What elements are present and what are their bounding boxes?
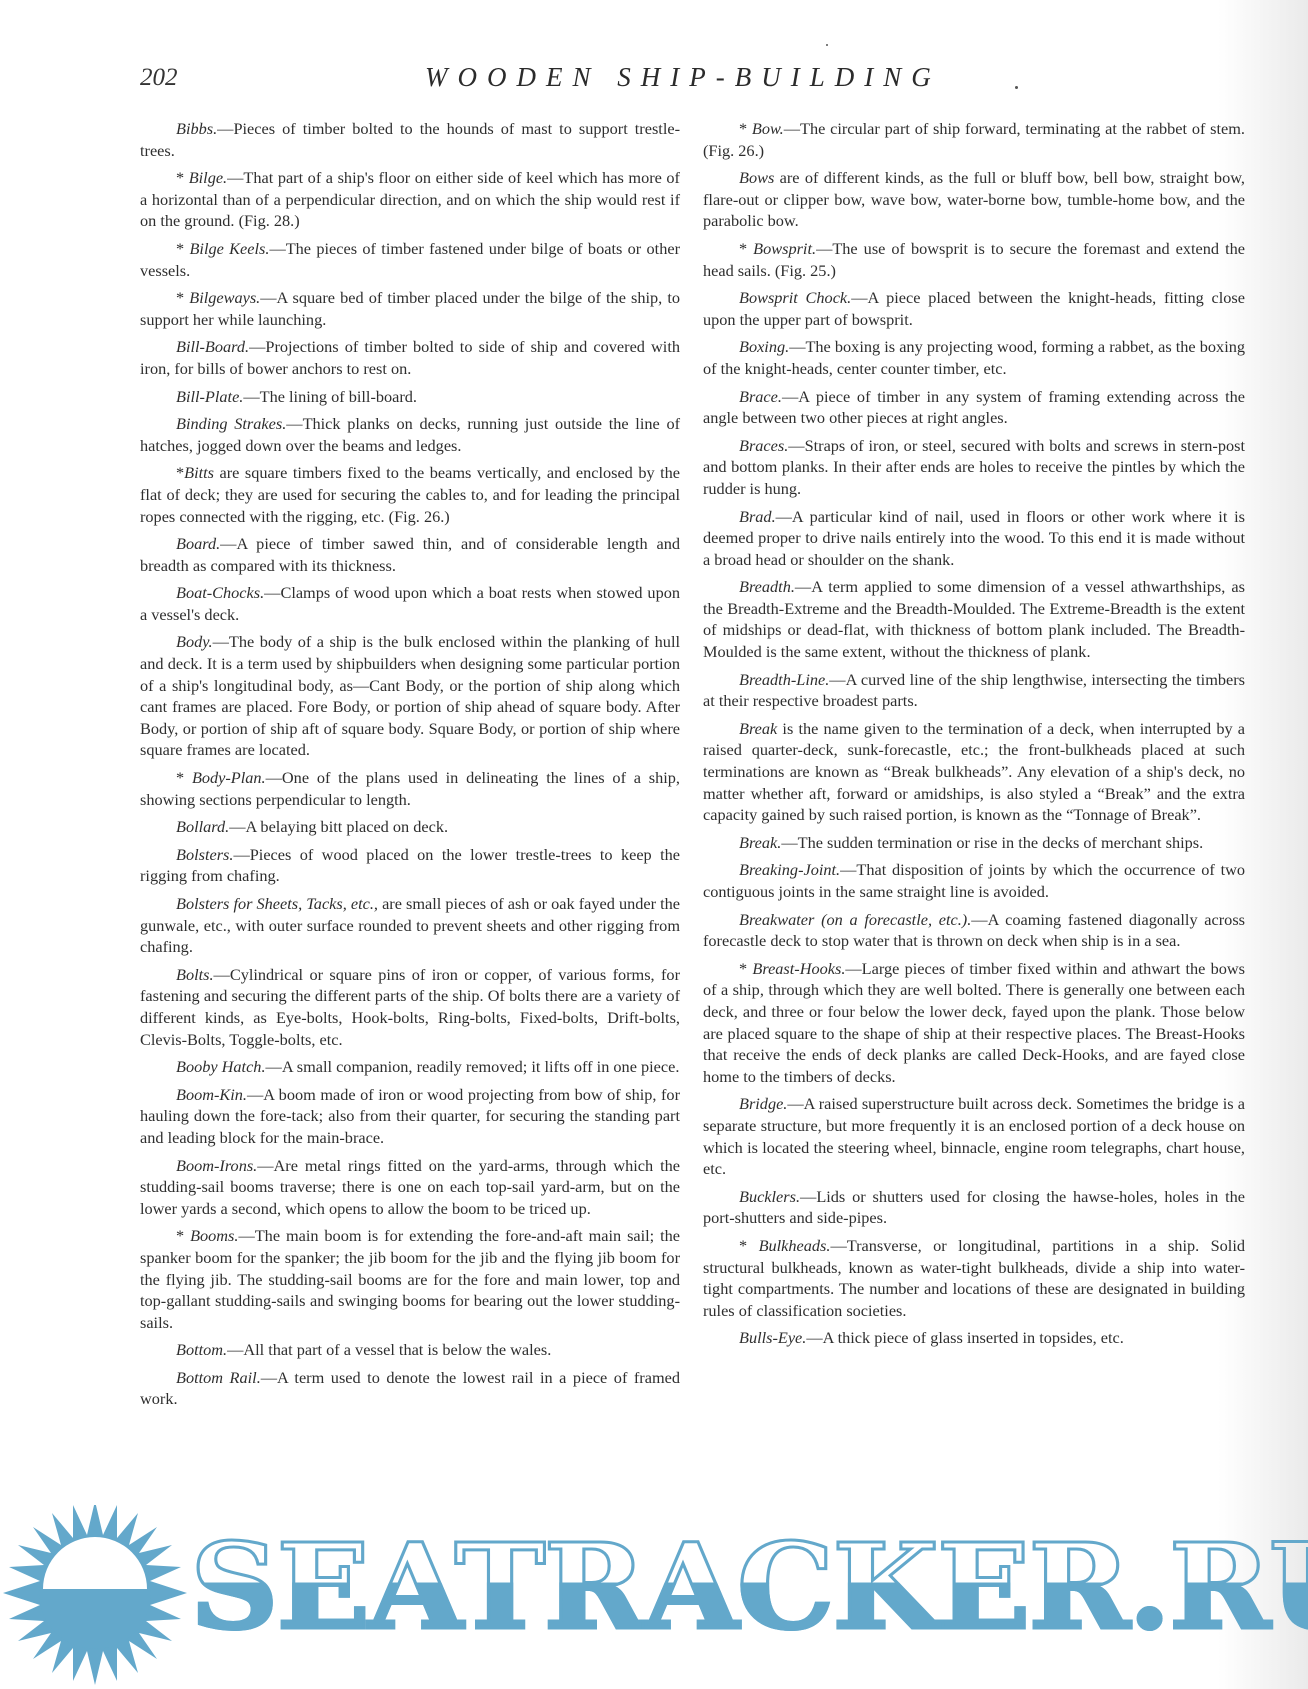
entry-definition: —The circular part of ship forward, term… [703,119,1245,160]
entry-term: Bilge Keels. [189,239,269,258]
glossary-entry: Boom-Irons.—Are metal rings fitted on th… [140,1155,680,1220]
entry-definition: —A small companion, readily removed; it … [266,1057,680,1076]
running-title: WOODEN SHIP-BUILDING [425,62,941,93]
right-column: * Bow.—The circular part of ship forward… [703,118,1245,1355]
glossary-entry: * Breast-Hooks.—Large pieces of timber f… [703,958,1245,1088]
glossary-entry: Boxing.—The boxing is any projecting woo… [703,336,1245,379]
entry-term: Bulls-Eye. [739,1328,806,1347]
glossary-entry: * Bilgeways.—A square bed of timber plac… [140,287,680,330]
page-header: 202 WOODEN SHIP-BUILDING [140,64,1240,104]
glossary-entry: Bibbs.—Pieces of timber bolted to the ho… [140,118,680,161]
glossary-entry: Board.—A piece of timber sawed thin, and… [140,533,680,576]
entry-term: Bibbs. [176,119,217,138]
entry-term: Body. [176,632,213,651]
entry-definition: —The lining of bill-board. [243,387,417,406]
entry-definition: —Cylindrical or square pins of iron or c… [140,965,680,1049]
entry-definition: —A piece of timber sawed thin, and of co… [140,534,680,575]
entry-term: Bottom. [176,1340,227,1359]
glossary-entry: Bill-Board.—Projections of timber bolted… [140,336,680,379]
entry-term: Bolts. [176,965,214,984]
glossary-entry: * Body-Plan.—One of the plans used in de… [140,767,680,810]
glossary-entry: * Bow.—The circular part of ship forward… [703,118,1245,161]
glossary-entry: Bottom Rail.—A term used to denote the l… [140,1367,680,1410]
entry-term: Bowsprit Chock. [739,288,851,307]
entry-term: Bilgeways. [189,288,260,307]
glossary-entry: Breakwater (on a forecastle, etc.).—A co… [703,909,1245,952]
glossary-entry: Boom-Kin.—A boom made of iron or wood pr… [140,1084,680,1149]
glossary-entry: Booby Hatch.—A small companion, readily … [140,1056,680,1078]
glossary-entry: * Bulkheads.—Transverse, or longitudinal… [703,1235,1245,1321]
entry-term: Bolsters. [176,845,233,864]
entry-definition: are of different kinds, as the full or b… [703,168,1245,230]
glossary-entry: * Bowsprit.—The use of bowsprit is to se… [703,238,1245,281]
entry-term: Bill-Plate. [176,387,243,406]
print-speck [1015,86,1018,89]
entry-term: Bollard. [176,817,229,836]
entry-term: Bitts [184,463,214,482]
entry-term: Bucklers. [739,1187,800,1206]
entry-term: Boom-Irons. [176,1156,257,1175]
entry-term: Bridge. [739,1094,787,1113]
entry-term: Bottom Rail. [176,1368,261,1387]
entry-definition: —A belaying bitt placed on deck. [229,817,448,836]
entry-term: Boat-Chocks. [176,583,264,602]
glossary-entry: Boat-Chocks.—Clamps of wood upon which a… [140,582,680,625]
entry-definition: is the name given to the termination of … [703,719,1245,824]
entry-definition: —A thick piece of glass inserted in tops… [806,1328,1123,1347]
glossary-entry: Bolsters for Sheets, Tacks, etc., are sm… [140,893,680,958]
entry-definition: —The sudden termination or rise in the d… [781,833,1203,852]
entry-term: Bulkheads. [759,1236,831,1255]
glossary-entry: Bottom.—All that part of a vessel that i… [140,1339,680,1361]
entry-definition: —A particular kind of nail, used in floo… [703,507,1245,569]
entry-term: Breadth-Line. [739,670,829,689]
entry-term: Booms. [190,1226,238,1245]
entry-term: Brad. [739,507,776,526]
glossary-entry: Bolts.—Cylindrical or square pins of iro… [140,964,680,1050]
glossary-entry: Bridge.—A raised superstructure built ac… [703,1093,1245,1179]
entry-term: Body-Plan. [192,768,266,787]
entry-term: Bill-Board. [176,337,249,356]
entry-term: Break [739,719,777,738]
watermark-text: SEATRACKER.RU [190,1528,1308,1646]
glossary-entry: Breadth-Line.—A curved line of the ship … [703,669,1245,712]
glossary-entry: Breaking-Joint.—That disposition of join… [703,859,1245,902]
entry-term: Bowsprit. [753,239,816,258]
entry-term: Breast-Hooks. [752,959,845,978]
glossary-entry: Break is the name given to the terminati… [703,718,1245,826]
entry-term: Brace. [739,387,782,406]
glossary-entry: *Bitts are square timbers fixed to the b… [140,462,680,527]
entry-term: Bow. [752,119,784,138]
glossary-entry: Bollard.—A belaying bitt placed on deck. [140,816,680,838]
glossary-entry: Bowsprit Chock.—A piece placed between t… [703,287,1245,330]
entry-term: Boxing. [739,337,789,356]
glossary-entry: Bill-Plate.—The lining of bill-board. [140,386,680,408]
entry-term: Bilge. [189,168,227,187]
page-number: 202 [140,64,178,92]
glossary-entry: Brace.—A piece of timber in any system o… [703,386,1245,429]
entry-definition: —A piece of timber in any system of fram… [703,387,1245,428]
glossary-entry: * Bilge Keels.—The pieces of timber fast… [140,238,680,281]
entry-term: Breakwater (on a forecastle, etc.). [739,910,971,929]
left-column: Bibbs.—Pieces of timber bolted to the ho… [140,118,680,1416]
glossary-entry: Braces.—Straps of iron, or steel, secure… [703,435,1245,500]
entry-term: Braces. [739,436,788,455]
entry-term: Board. [176,534,220,553]
glossary-entry: * Booms.—The main boom is for extending … [140,1225,680,1333]
entry-term: Break. [739,833,781,852]
entry-term: Bows [739,168,774,187]
entry-term: Boom-Kin. [176,1085,247,1104]
print-speck [826,44,828,46]
glossary-entry: Binding Strakes.—Thick planks on decks, … [140,413,680,456]
entry-term: Breadth. [739,577,795,596]
glossary-entry: Break.—The sudden termination or rise in… [703,832,1245,854]
entry-term: Booby Hatch. [176,1057,266,1076]
entry-term: Binding Strakes. [176,414,286,433]
entry-definition: —Pieces of timber bolted to the hounds o… [140,119,680,160]
entry-definition: —All that part of a vessel that is below… [227,1340,551,1359]
glossary-entry: Breadth.—A term applied to some dimensio… [703,576,1245,662]
glossary-entry: Brad.—A particular kind of nail, used in… [703,506,1245,571]
glossary-entry: * Bilge.—That part of a ship's floor on … [140,167,680,232]
glossary-entry: Bulls-Eye.—A thick piece of glass insert… [703,1327,1245,1349]
glossary-entry: Bows are of different kinds, as the full… [703,167,1245,232]
entry-term: Bolsters for Sheets, Tacks, etc., [176,894,378,913]
glossary-entry: Bucklers.—Lids or shutters used for clos… [703,1186,1245,1229]
entry-definition: —The body of a ship is the bulk enclosed… [140,632,680,759]
entry-definition: are square timbers fixed to the beams ve… [140,463,680,525]
entry-term: Breaking-Joint. [739,860,840,879]
glossary-entry: Body.—The body of a ship is the bulk enc… [140,631,680,761]
glossary-entry: Bolsters.—Pieces of wood placed on the l… [140,844,680,887]
